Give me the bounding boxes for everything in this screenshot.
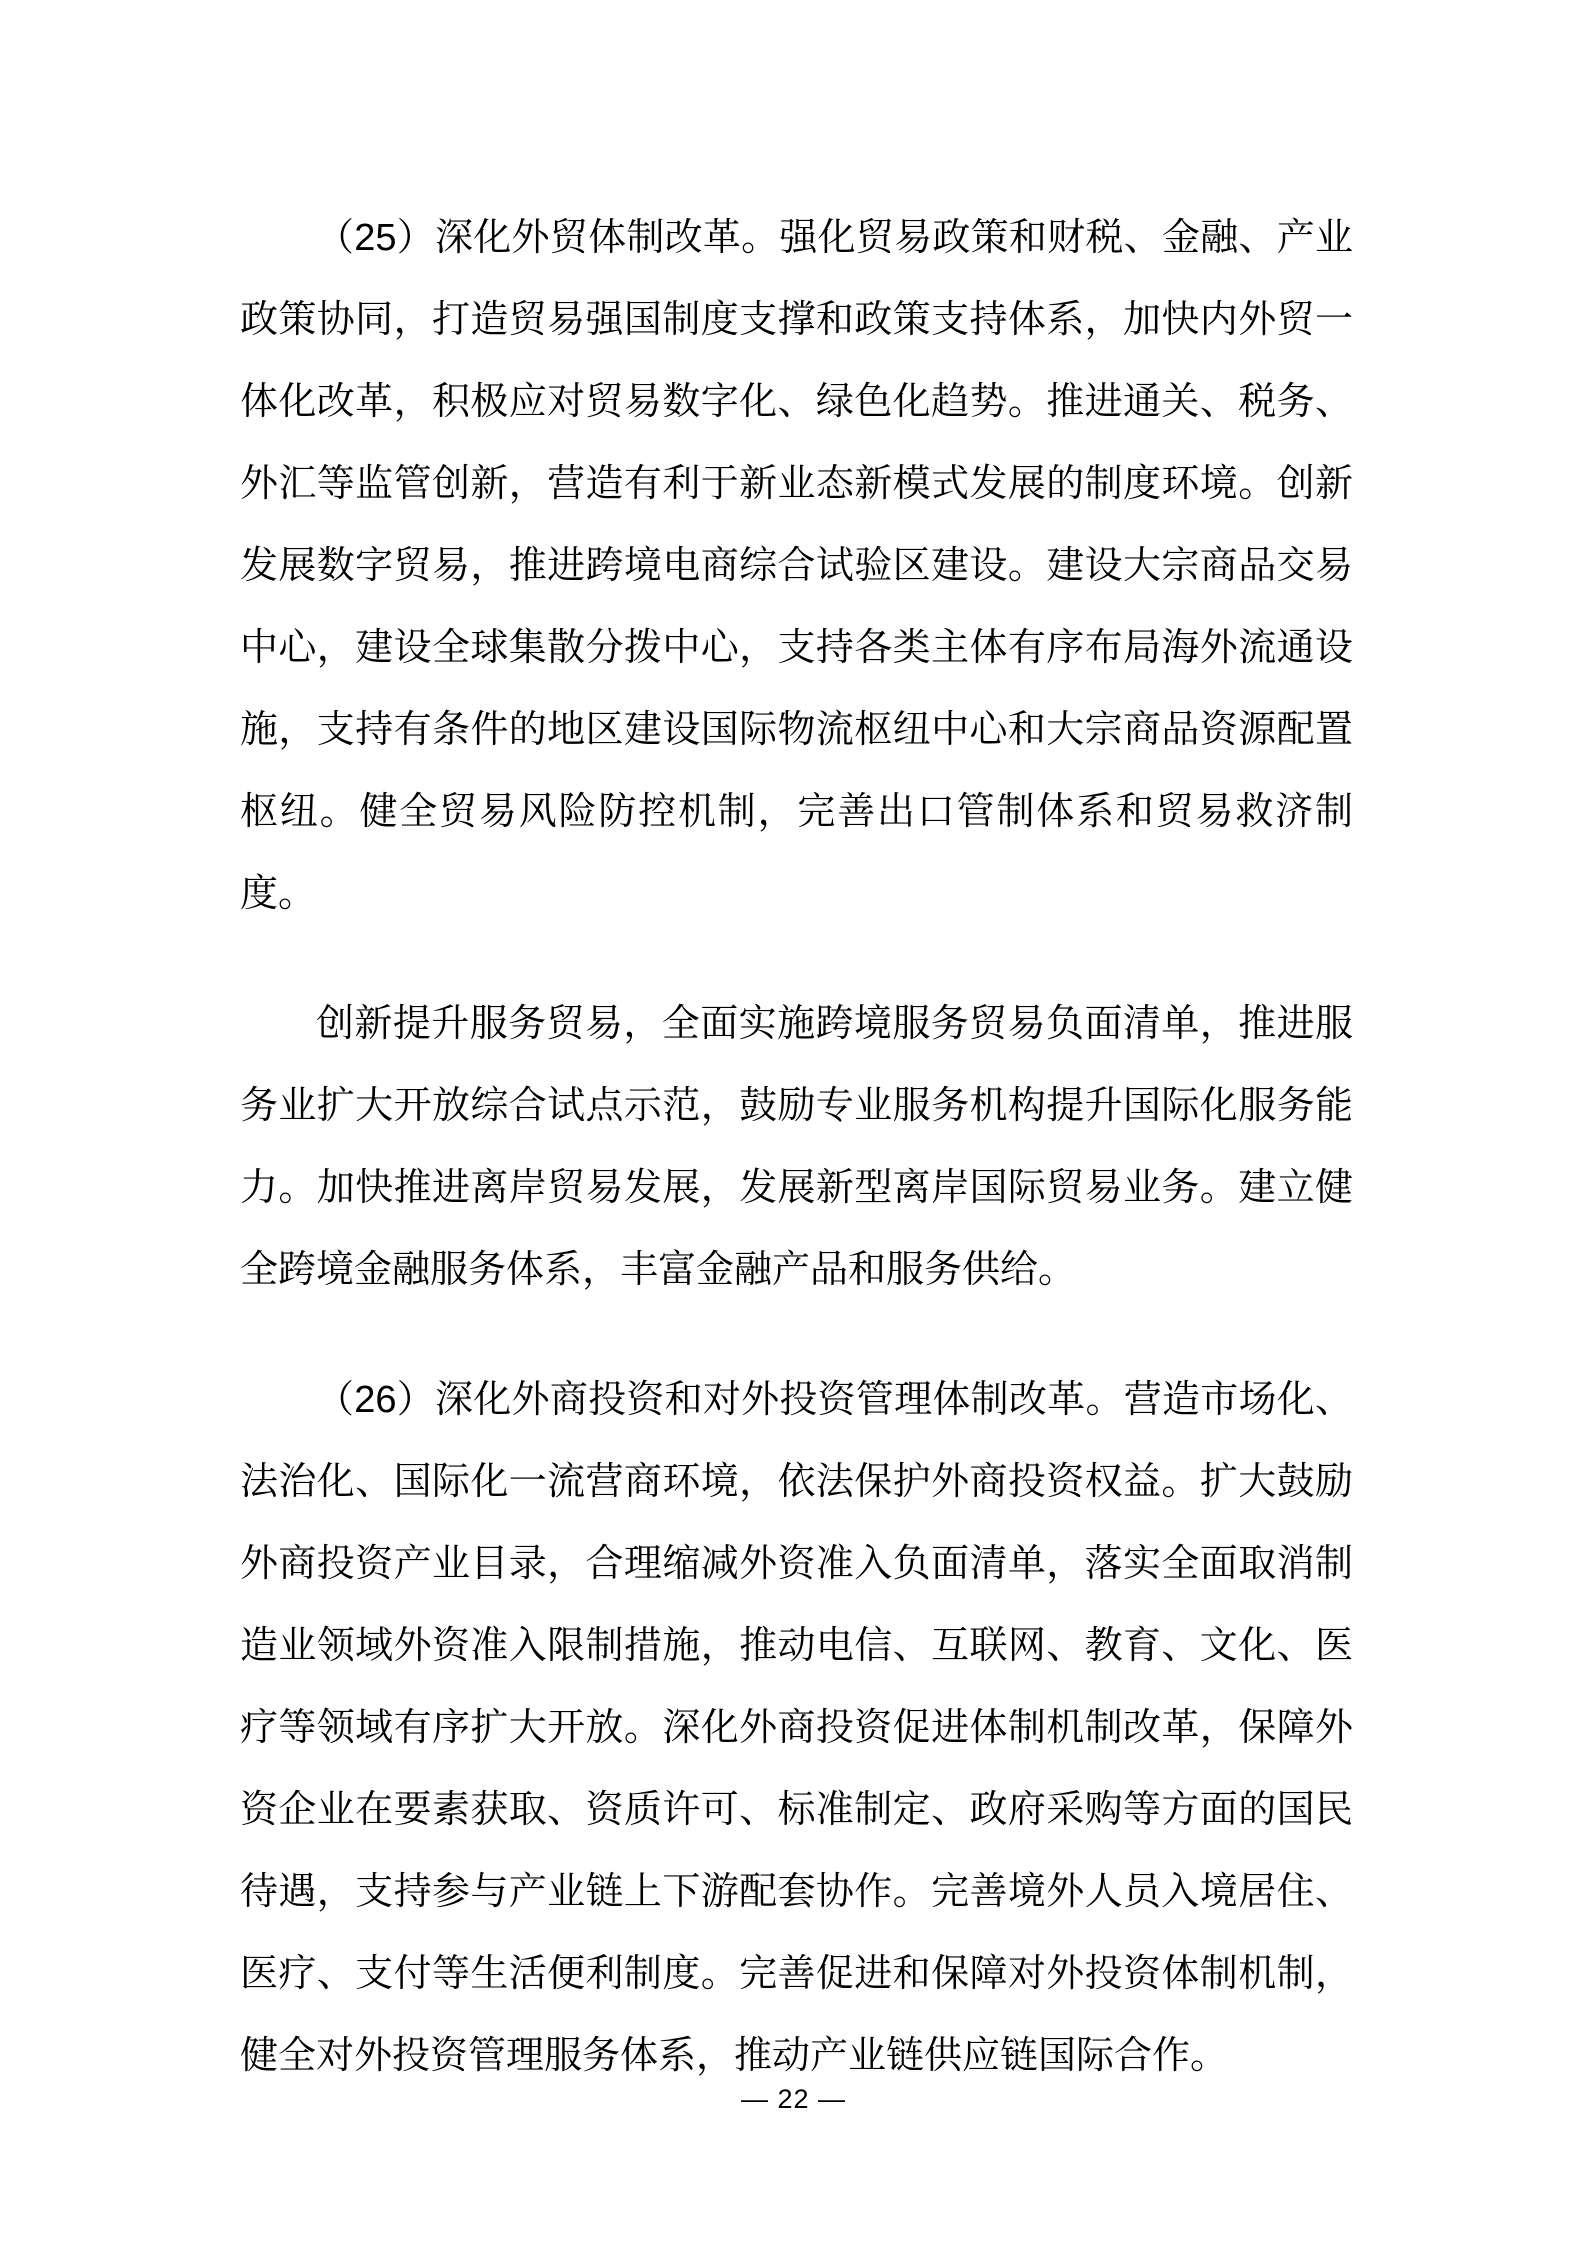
paragraph: 创新提升服务贸易，全面实施跨境服务贸易负面清单，推进服务业扩大开放综合试点示范，… <box>240 983 1353 1311</box>
document-page: （25）深化外贸体制改革。强化贸易政策和财税、金融、产业政策协同，打造贸易强国制… <box>0 0 1587 2245</box>
page-footer: — 22 — <box>0 2082 1587 2116</box>
paragraph: （26）深化外商投资和对外投资管理体制改革。营造市场化、法治化、国际化一流营商环… <box>240 1359 1353 2097</box>
paragraph: （25）深化外贸体制改革。强化贸易政策和财税、金融、产业政策协同，打造贸易强国制… <box>240 197 1353 935</box>
page-number: — 22 — <box>741 2084 846 2114</box>
document-body: （25）深化外贸体制改革。强化贸易政策和财税、金融、产业政策协同，打造贸易强国制… <box>240 197 1353 2145</box>
